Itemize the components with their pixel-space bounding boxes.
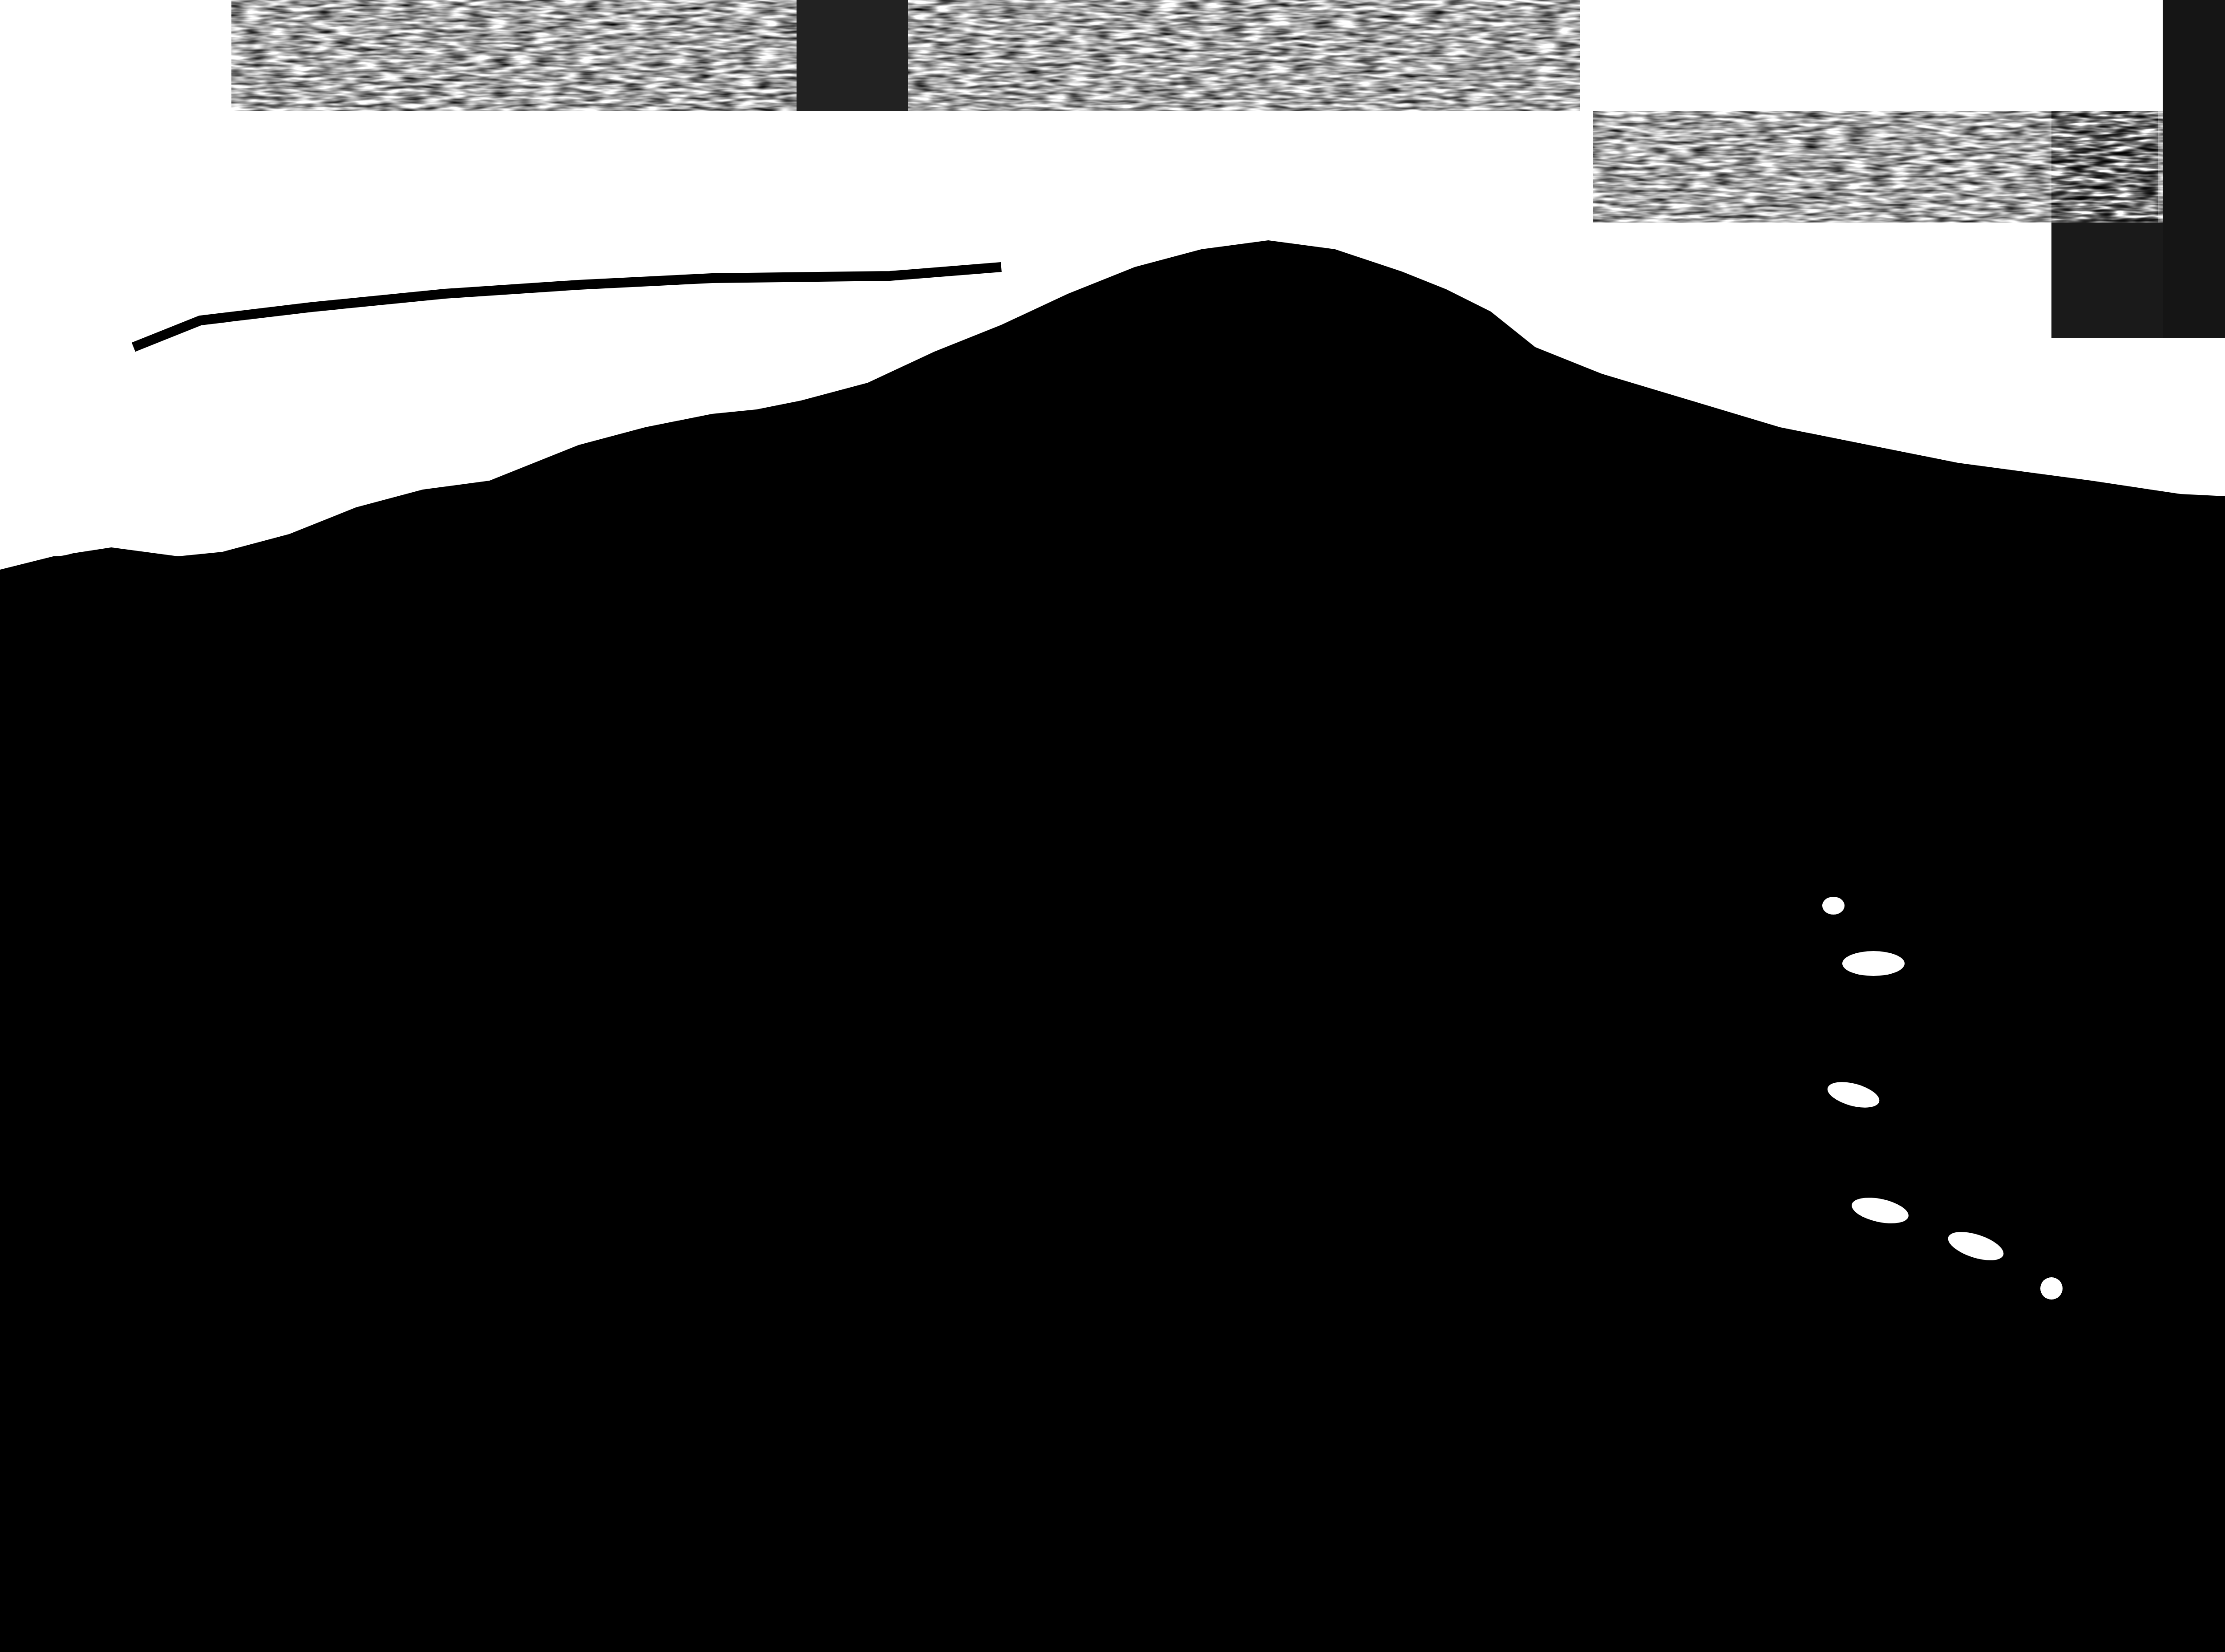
photo-scene xyxy=(0,0,2225,1652)
dark-tile xyxy=(2051,223,2163,338)
light-patch xyxy=(9,494,98,556)
dark-tile xyxy=(797,0,908,111)
light-patch xyxy=(129,472,227,552)
speckle-tile xyxy=(2051,111,2163,223)
light-patch xyxy=(2040,1277,2063,1300)
dark-tile xyxy=(2163,0,2225,338)
light-patch xyxy=(1842,951,1905,976)
light-patch xyxy=(1822,897,1845,915)
